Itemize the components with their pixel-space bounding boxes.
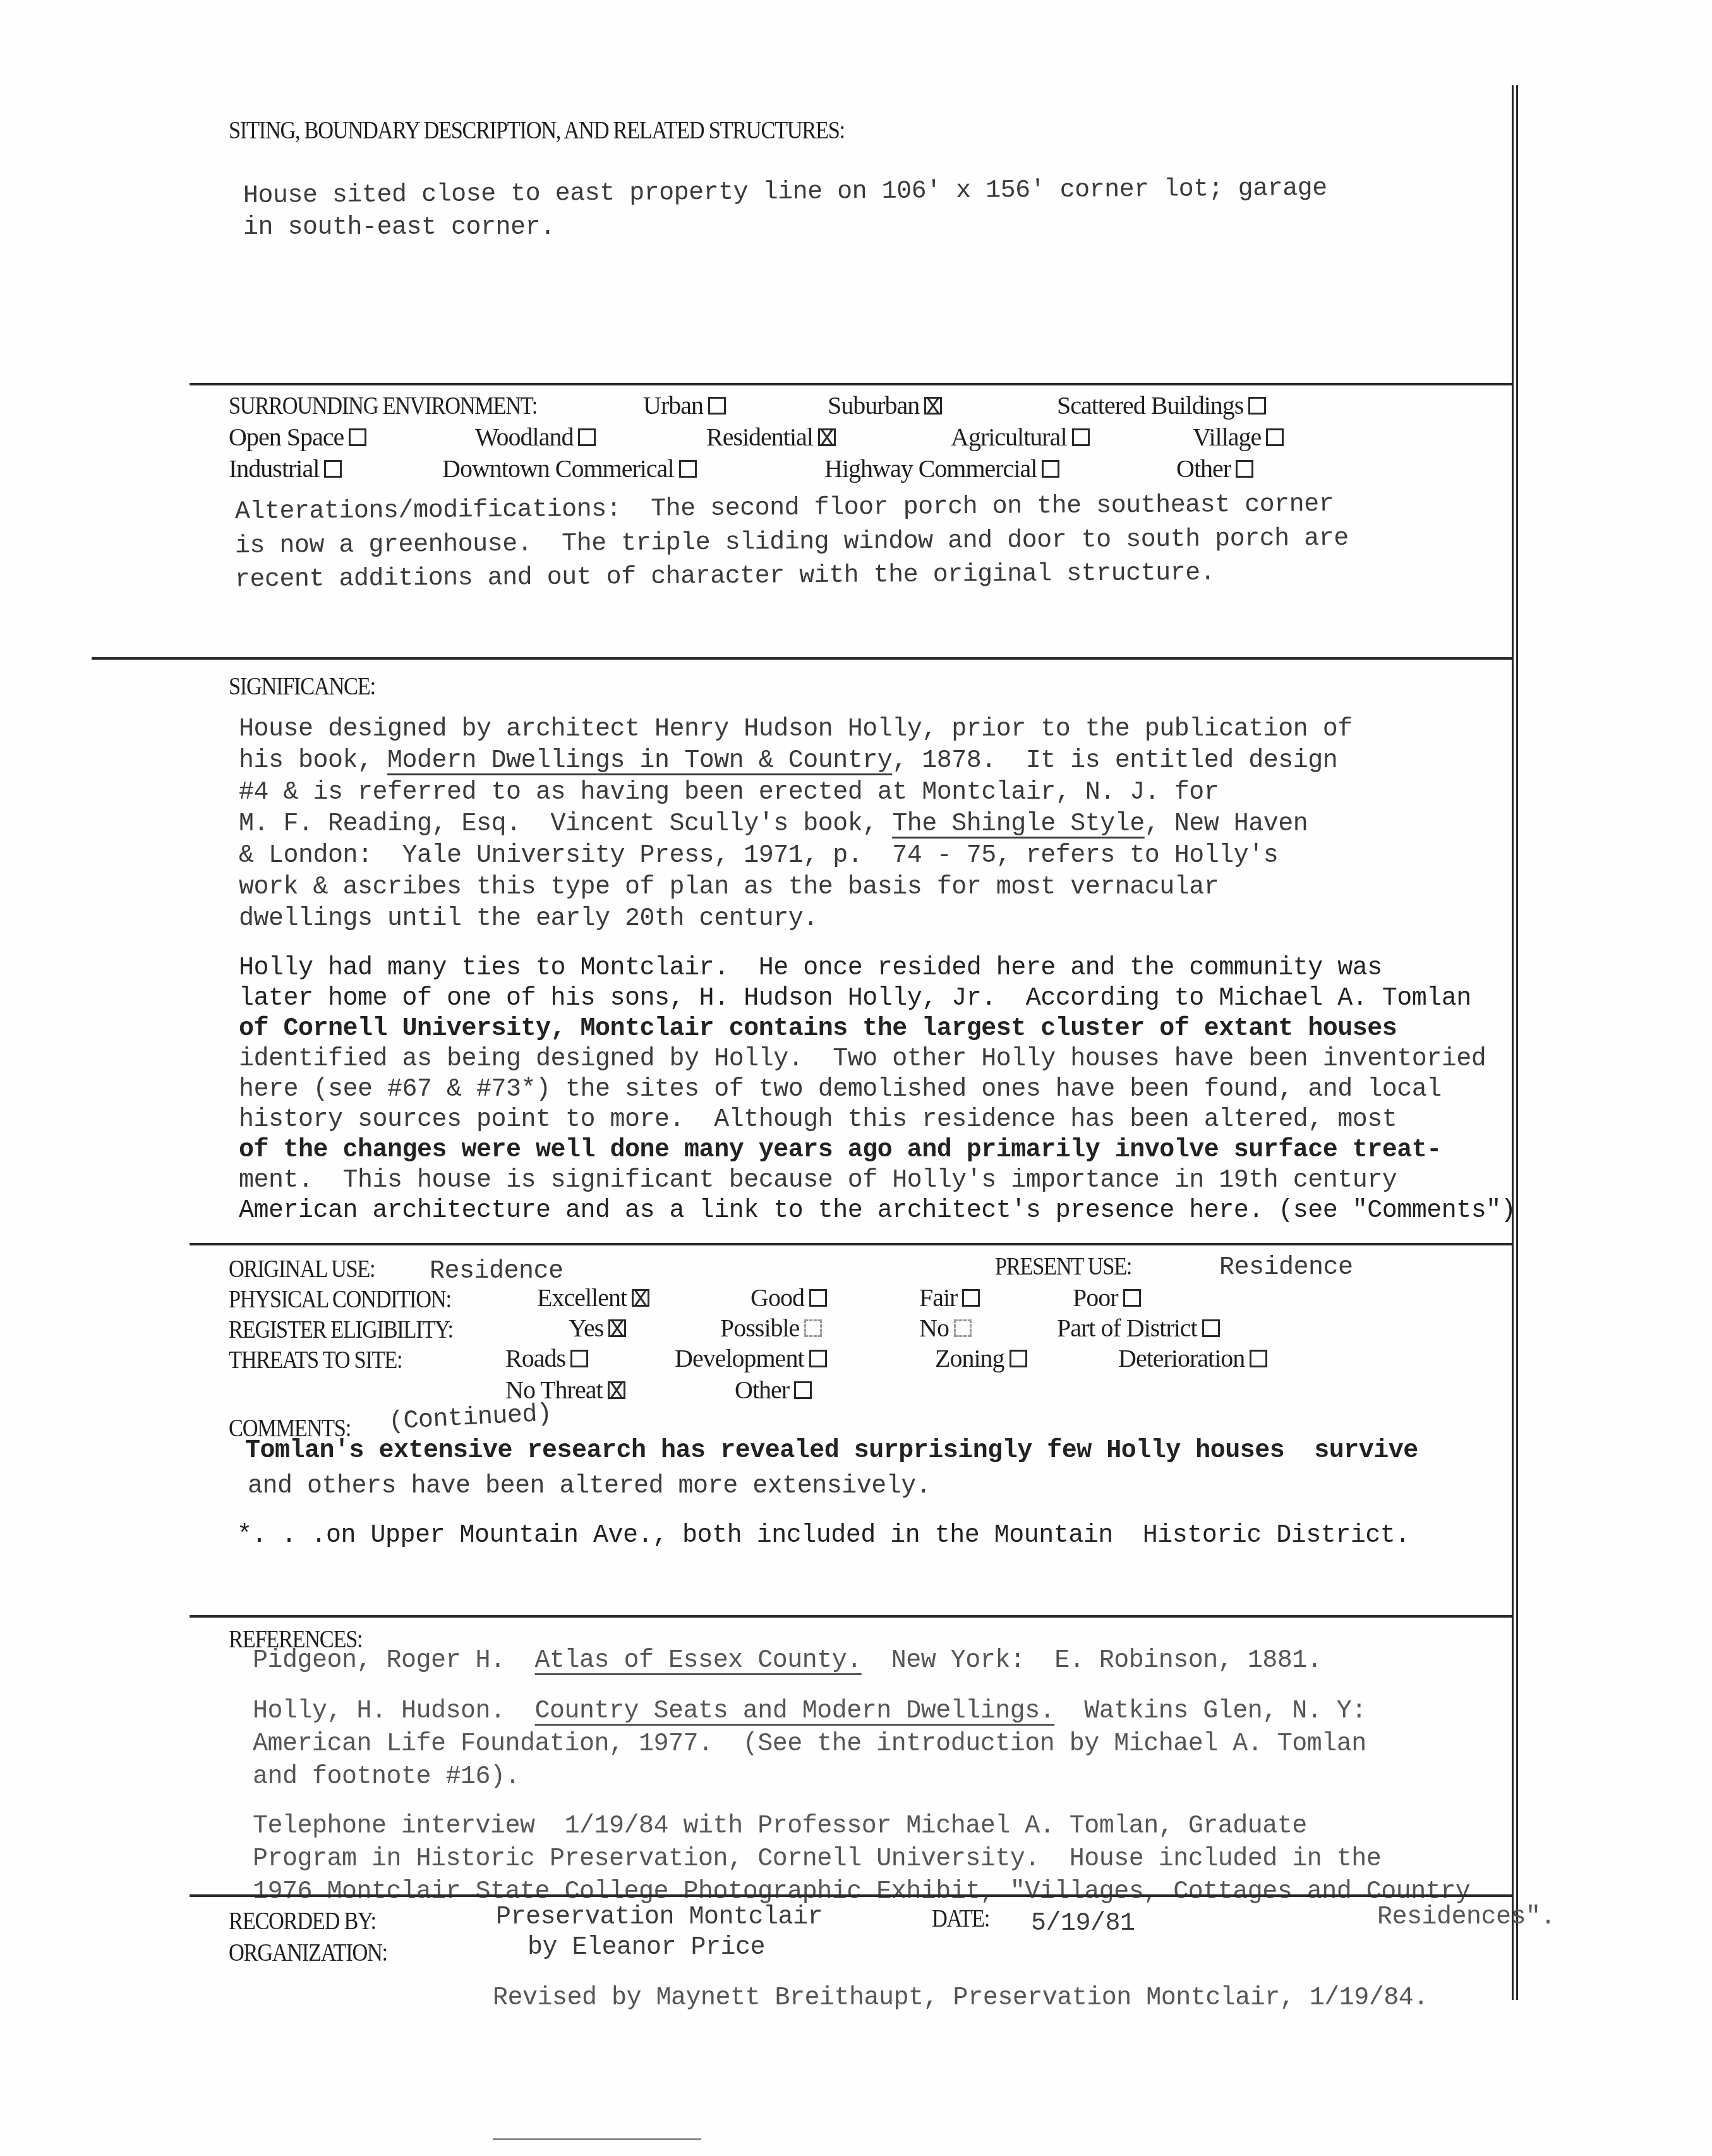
option-label: Industrial	[229, 454, 319, 483]
checkbox-yes[interactable]	[608, 1319, 626, 1337]
book-title: Modern Dwellings in Town & Country	[387, 747, 892, 775]
checkbox-part-of-district[interactable]	[1202, 1319, 1220, 1337]
reference-3-end: Residences".	[1377, 1903, 1555, 1932]
option-yes[interactable]: Yes	[569, 1313, 626, 1343]
checkbox-highway-commercial[interactable]	[1042, 460, 1059, 478]
option-label: Zoning	[935, 1343, 1004, 1373]
recorded-by-label: RECORDED BY:	[229, 1906, 376, 1935]
option-label: Fair	[919, 1283, 957, 1312]
section-divider	[92, 657, 1514, 660]
significance-line: ment. This house is significant because …	[239, 1166, 1397, 1195]
option-label: Suburban	[828, 391, 919, 420]
option-industrial[interactable]: Industrial	[229, 454, 342, 483]
checkbox-no-threat[interactable]	[608, 1381, 625, 1399]
survey-form-page: SITING, BOUNDARY DESCRIPTION, AND RELATE…	[0, 0, 1712, 2156]
option-village[interactable]: Village	[1193, 422, 1284, 452]
option-label: Residential	[706, 422, 813, 452]
option-development[interactable]: Development	[675, 1343, 827, 1373]
option-label: Woodland	[475, 422, 573, 452]
option-label: Poor	[1073, 1283, 1118, 1312]
alterations-line: is now a greenhouse. The triple sliding …	[235, 524, 1349, 560]
checkbox-zoning[interactable]	[1010, 1350, 1027, 1367]
significance-line: Holly had many ties to Montclair. He onc…	[239, 954, 1382, 983]
threats-label: THREATS TO SITE:	[229, 1345, 402, 1374]
reference-2: Holly, H. Hudson. Country Seats and Mode…	[253, 1697, 1366, 1726]
option-label: Downtown Commerical	[442, 454, 674, 483]
book-title: The Shingle Style	[892, 810, 1145, 839]
recorded-by-value: Preservation Montclair	[496, 1903, 823, 1932]
reference-2-line: and footnote #16).	[253, 1763, 520, 1791]
significance-line: M. F. Reading, Esq. Vincent Scully's boo…	[239, 810, 1308, 839]
significance-line: House designed by architect Henry Hudson…	[239, 715, 1353, 744]
option-label: Roads	[505, 1343, 565, 1373]
checkbox-open-space[interactable]	[349, 428, 366, 446]
significance-line: of the changes were well done many years…	[239, 1136, 1442, 1165]
comments-footnote: *. . .on Upper Mountain Ave., both inclu…	[237, 1522, 1410, 1550]
option-no-threat[interactable]: No Threat	[505, 1375, 625, 1405]
option-poor[interactable]: Poor	[1073, 1283, 1141, 1312]
option-label: Other	[735, 1375, 789, 1405]
siting-line: in south-east corner.	[243, 214, 555, 242]
reference-2-line: American Life Foundation, 1977. (See the…	[253, 1730, 1366, 1759]
checkbox-poor[interactable]	[1123, 1289, 1141, 1307]
option-label: Yes	[569, 1313, 603, 1343]
option-excellent[interactable]: Excellent	[537, 1283, 649, 1312]
book-title: Atlas of Essex County.	[535, 1647, 862, 1675]
comments-continued: (Continued)	[388, 1400, 553, 1436]
option-deterioration[interactable]: Deterioration	[1118, 1343, 1267, 1373]
section-divider	[190, 1615, 1514, 1618]
register-eligibility-label: REGISTER ELIGIBILITY:	[229, 1314, 453, 1344]
reference-3-line: Program in Historic Preservation, Cornel…	[253, 1845, 1381, 1874]
present-use-label: PRESENT USE:	[995, 1251, 1131, 1281]
checkbox-deterioration[interactable]	[1250, 1350, 1267, 1367]
option-highway-commercial[interactable]: Highway Commercial	[824, 454, 1059, 483]
option-residential[interactable]: Residential	[706, 422, 836, 452]
option-urban[interactable]: Urban	[643, 391, 726, 420]
checkbox-agricultural[interactable]	[1072, 428, 1090, 446]
date-value: 5/19/81	[1031, 1910, 1135, 1938]
section-divider	[190, 1243, 1514, 1245]
option-agricultural[interactable]: Agricultural	[951, 422, 1090, 452]
book-title: Country Seats and Modern Dwellings.	[535, 1697, 1055, 1726]
significance-heading: SIGNIFICANCE:	[229, 671, 375, 701]
reference-3-line: 1976 Montclair State College Photographi…	[253, 1878, 1470, 1906]
option-no[interactable]: No	[919, 1313, 972, 1343]
checkbox-residential[interactable]	[818, 428, 836, 446]
option-label: Urban	[643, 391, 703, 420]
checkbox-industrial[interactable]	[324, 460, 342, 478]
original-use-label: ORIGINAL USE:	[229, 1254, 375, 1283]
checkbox-possible[interactable]	[804, 1319, 822, 1337]
organization-label: ORGANIZATION:	[229, 1937, 387, 1967]
alterations-line: recent additions and out of character wi…	[235, 559, 1215, 595]
reference-1: Pidgeon, Roger H. Atlas of Essex County.…	[253, 1647, 1322, 1675]
original-use-value: Residence	[430, 1257, 564, 1286]
siting-heading: SITING, BOUNDARY DESCRIPTION, AND RELATE…	[229, 115, 845, 145]
significance-line: here (see #67 & #73*) the sites of two d…	[239, 1075, 1442, 1104]
significance-line: his book, Modern Dwellings in Town & Cou…	[239, 747, 1337, 775]
siting-line: House sited close to east property line …	[243, 174, 1327, 210]
physical-condition-label: PHYSICAL CONDITION:	[229, 1284, 451, 1314]
surrounding-heading: SURROUNDING ENVIRONMENT:	[229, 391, 537, 420]
option-label: Part of District	[1057, 1313, 1197, 1343]
right-border-line-1	[1512, 85, 1514, 2000]
checkbox-other-environment[interactable]	[1236, 460, 1253, 478]
option-fair[interactable]: Fair	[919, 1283, 980, 1312]
option-zoning[interactable]: Zoning	[935, 1343, 1027, 1373]
checkbox-village[interactable]	[1266, 428, 1284, 446]
checkbox-no[interactable]	[954, 1319, 972, 1337]
date-label: DATE:	[932, 1903, 989, 1933]
comments-line: Tomlan's extensive research has revealed…	[245, 1437, 1418, 1465]
option-label: No Threat	[505, 1375, 603, 1405]
right-border-line-2	[1516, 85, 1518, 2000]
option-label: Highway Commercial	[824, 454, 1037, 483]
option-label: Village	[1193, 422, 1261, 452]
option-suburban[interactable]: Suburban	[828, 391, 942, 420]
checkbox-excellent[interactable]	[632, 1289, 649, 1307]
option-label: Excellent	[537, 1283, 627, 1312]
option-label: Scattered Buildings	[1057, 391, 1243, 420]
checkbox-roads[interactable]	[570, 1350, 588, 1367]
significance-line: American architecture and as a link to t…	[239, 1197, 1516, 1225]
significance-line: #4 & is referred to as having been erect…	[239, 778, 1219, 807]
comments-line: and others have been altered more extens…	[248, 1472, 931, 1501]
option-label: Good	[751, 1283, 804, 1312]
revision-note: Revised by Maynett Breithaupt, Preservat…	[493, 1984, 1428, 2013]
significance-line: later home of one of his sons, H. Hudson…	[239, 984, 1471, 1013]
option-roads[interactable]: Roads	[505, 1343, 588, 1373]
checkbox-suburban[interactable]	[924, 397, 942, 415]
alterations-line: Alterations/modifications: The second fl…	[235, 490, 1334, 526]
reference-3-line: Telephone interview 1/19/84 with Profess…	[253, 1812, 1307, 1841]
option-other-threat[interactable]: Other	[735, 1375, 812, 1405]
checkbox-downtown-commercial[interactable]	[679, 460, 697, 478]
checkbox-fair[interactable]	[962, 1289, 980, 1307]
present-use-value: Residence	[1219, 1254, 1353, 1282]
organization-value: by Eleanor Price	[527, 1934, 765, 1962]
option-possible[interactable]: Possible	[720, 1313, 822, 1343]
option-good[interactable]: Good	[751, 1283, 827, 1312]
checkbox-development[interactable]	[809, 1350, 827, 1367]
significance-line: of Cornell University, Montclair contain…	[239, 1015, 1397, 1043]
section-divider	[190, 1894, 1514, 1897]
option-other-environment[interactable]: Other	[1176, 454, 1253, 483]
option-open-space[interactable]: Open Space	[229, 422, 366, 452]
checkbox-woodland[interactable]	[578, 428, 596, 446]
significance-line: & London: Yale University Press, 1971, p…	[239, 842, 1278, 870]
option-label: Open Space	[229, 422, 344, 452]
significance-line: work & ascribes this type of plan as the…	[239, 873, 1219, 902]
option-label: Agricultural	[951, 422, 1067, 452]
significance-line: dwellings until the early 20th century.	[239, 905, 818, 933]
option-label: Other	[1176, 454, 1231, 483]
option-woodland[interactable]: Woodland	[475, 422, 596, 452]
significance-line: history sources point to more. Although …	[239, 1106, 1397, 1134]
option-scattered-buildings[interactable]: Scattered Buildings	[1057, 391, 1266, 420]
option-label: No	[919, 1313, 949, 1343]
checkbox-good[interactable]	[809, 1289, 827, 1307]
section-divider	[190, 383, 1514, 385]
checkbox-other-threat[interactable]	[794, 1381, 812, 1399]
significance-line: identified as being designed by Holly. T…	[239, 1045, 1486, 1074]
option-label: Deterioration	[1118, 1343, 1245, 1373]
option-downtown-commercial[interactable]: Downtown Commerical	[442, 454, 697, 483]
checkbox-scattered-buildings[interactable]	[1248, 397, 1266, 415]
bottom-smudge-line	[493, 2138, 701, 2140]
option-part-of-district[interactable]: Part of District	[1057, 1313, 1220, 1343]
checkbox-urban[interactable]	[708, 397, 726, 415]
option-label: Possible	[720, 1313, 799, 1343]
option-label: Development	[675, 1343, 804, 1373]
